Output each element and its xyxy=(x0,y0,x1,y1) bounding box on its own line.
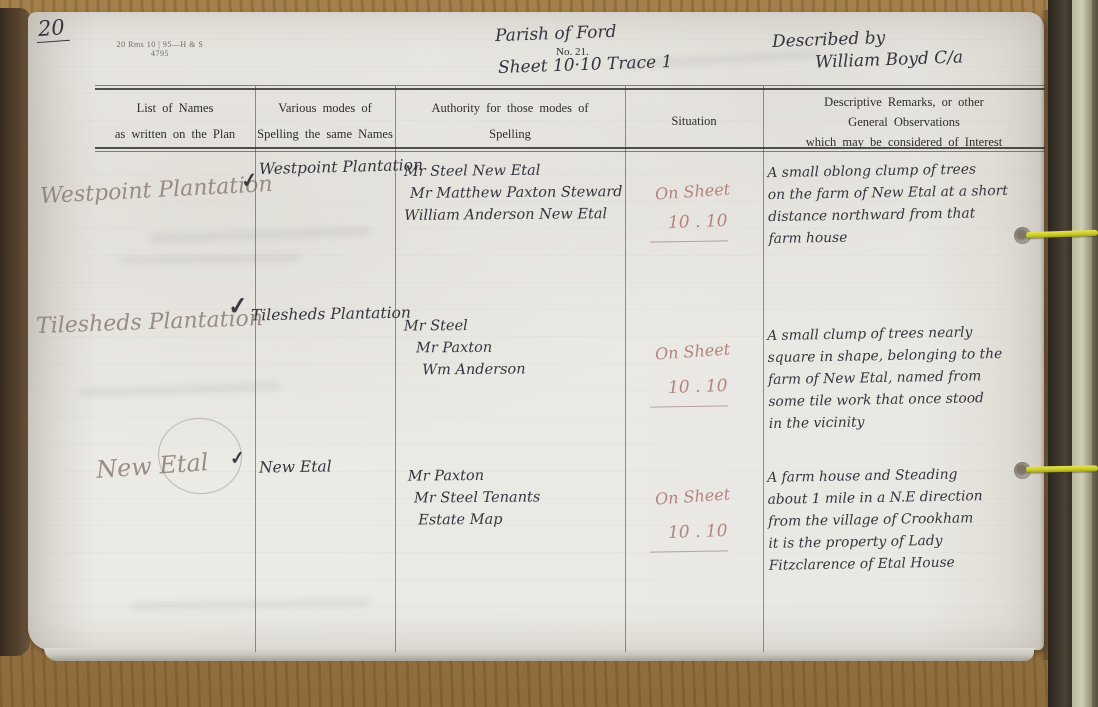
table-rule-top xyxy=(95,88,1045,90)
authority-entry: Mr Steel New Etal Mr Matthew Paxton Stew… xyxy=(404,159,623,227)
authority-line: Mr Steel New Etal xyxy=(404,159,623,183)
authority-line: Mr Paxton xyxy=(408,464,540,487)
authority-entry: Mr Paxton Mr Steel Tenants Estate Map xyxy=(408,464,541,531)
page-stack-bottom-edge xyxy=(44,648,1034,661)
column-header-line: which may be considered of Interest xyxy=(763,132,1045,152)
remarks-line: Fitzclarence of Etal House xyxy=(769,551,984,577)
column-divider xyxy=(763,86,764,652)
authority-line: Mr Steel xyxy=(404,314,526,337)
parish-title: Parish of Ford xyxy=(495,22,617,46)
remarks-line: from the village of Crookham xyxy=(768,507,983,533)
described-by-label: Described by xyxy=(772,28,886,52)
column-header-line: List of Names xyxy=(95,95,255,121)
stamp-line-2: 4795 xyxy=(100,49,220,58)
column-header-names: List of Names as written on the Plan xyxy=(95,95,255,147)
column-header-line: Spelling the same Names xyxy=(255,121,395,147)
column-header-line: Descriptive Remarks, or other xyxy=(763,92,1045,112)
scanned-name-book-page: 20 20 Rms 10 | 95—H & S 4795 Parish of F… xyxy=(0,0,1098,707)
column-header-line: General Observations xyxy=(763,112,1045,132)
authority-line: Mr Steel Tenants xyxy=(414,486,540,509)
binding-gutter-dark xyxy=(1048,0,1072,707)
remarks-line: distance northward from that xyxy=(768,202,1008,228)
stamp-line-1: 20 Rms 10 | 95—H & S xyxy=(100,40,220,49)
printers-stamp: 20 Rms 10 | 95—H & S 4795 xyxy=(100,40,220,58)
situation-sheet-number: 10 . 10 xyxy=(668,376,728,398)
column-header-spelling-modes: Various modes of Spelling the same Names xyxy=(255,95,395,147)
binding-cord xyxy=(1026,465,1098,472)
table-rule-top-thin xyxy=(95,85,1045,86)
spelling-entry: Tilesheds Plantation xyxy=(251,304,411,325)
checkmark-icon: ✓ xyxy=(227,291,250,322)
situation-sheet-number: 10 . 10 xyxy=(668,521,728,543)
situation-sheet-number: 10 . 10 xyxy=(668,211,728,233)
binding-outer-edge xyxy=(1092,0,1098,707)
remarks-line: farm house xyxy=(768,224,1008,250)
column-header-line: Authority for those modes of xyxy=(395,95,625,121)
authority-line: Mr Matthew Paxton Steward xyxy=(410,181,623,205)
authority-line: Estate Map xyxy=(418,508,540,531)
column-header-line: Spelling xyxy=(395,121,625,147)
page-stack-right-edge xyxy=(1072,0,1092,707)
authority-entry: Mr Steel Mr Paxton Wm Anderson xyxy=(404,314,526,381)
book-cover-left-edge xyxy=(0,8,30,656)
authority-line: William Anderson New Etal xyxy=(404,203,623,227)
checkmark-icon: ✓ xyxy=(239,167,259,194)
column-divider xyxy=(625,86,626,652)
column-header-line: Situation xyxy=(625,108,763,134)
remarks-entry: A farm house and Steading about 1 mile i… xyxy=(767,463,984,577)
spelling-entry: New Etal xyxy=(259,457,332,476)
remarks-entry: A small oblong clump of trees on the far… xyxy=(767,158,1009,250)
column-header-remarks: Descriptive Remarks, or other General Ob… xyxy=(763,92,1045,152)
column-header-line: as written on the Plan xyxy=(95,121,255,147)
column-header-situation: Situation xyxy=(625,108,763,134)
remarks-line: in the vicinity xyxy=(769,409,1004,435)
remarks-entry: A small clump of trees nearly square in … xyxy=(767,321,1003,435)
authority-line: Mr Paxton xyxy=(416,336,526,359)
remarks-line: some tile work that once stood xyxy=(768,387,1003,413)
column-header-line: Various modes of xyxy=(255,95,395,121)
authority-line: Wm Anderson xyxy=(422,358,526,381)
column-header-authority: Authority for those modes of Spelling xyxy=(395,95,625,147)
checkmark-icon: ✓ xyxy=(229,447,246,469)
page-number: 20 xyxy=(35,15,69,43)
